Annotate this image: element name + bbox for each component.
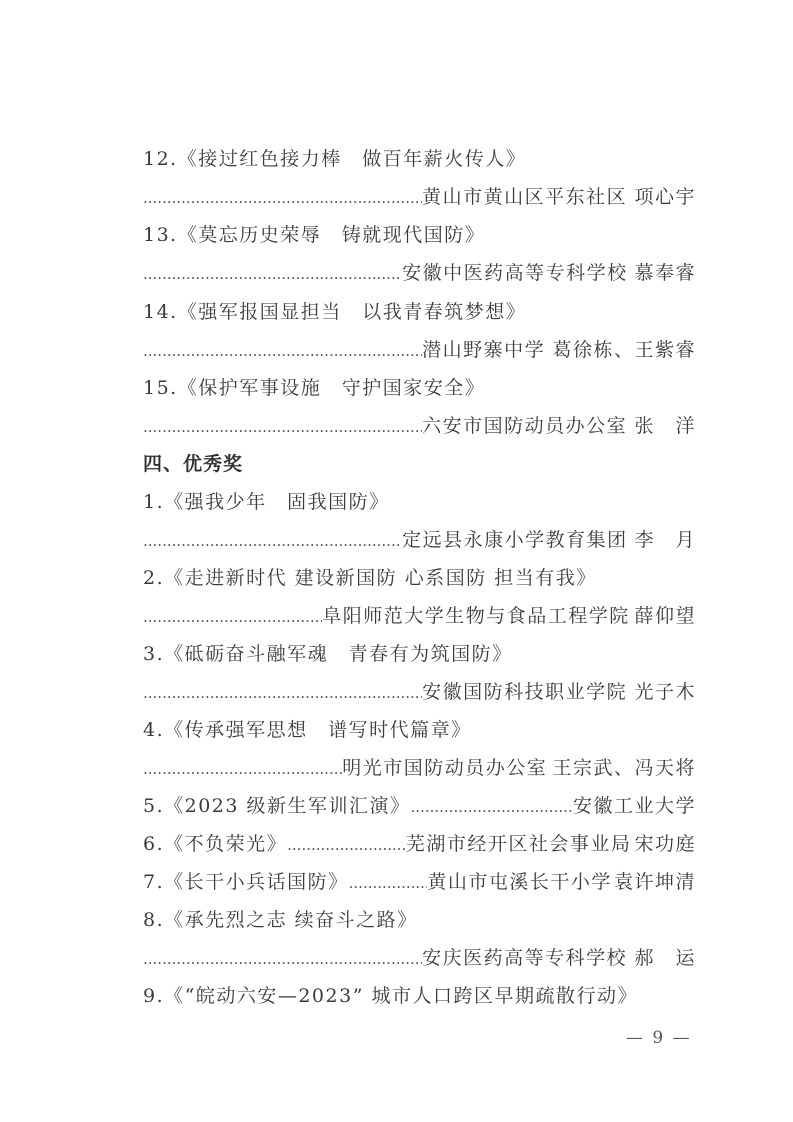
- entry-organization: 芜湖市经开区社会事业局: [406, 831, 632, 857]
- entry-organization: 安徽工业大学: [573, 793, 696, 819]
- entry-inline: 6.《不负荣光》 芜湖市经开区社会事业局 宋功庭: [143, 831, 696, 857]
- leader-dots: [143, 414, 422, 440]
- entry-title: 13.《莫忘历史荣辱 铸就现代国防》: [143, 222, 696, 248]
- entry-title: 8.《承先烈之志 续奋斗之路》: [143, 907, 696, 933]
- entry-title: 2.《走进新时代 建设新国防 心系国防 担当有我》: [143, 565, 696, 591]
- entry-organization: 潜山野寨中学: [422, 337, 545, 363]
- document-page: 12.《接过红色接力棒 做百年薪火传人》 黄山市黄山区平东社区 项心宇 13.《…: [0, 0, 793, 1122]
- leader-dots: [143, 528, 402, 554]
- entry-organization: 黄山市屯溪长干小学: [427, 869, 612, 895]
- entry-inline: 7.《长干小兵话国防》 黄山市屯溪长干小学 袁许坤清: [143, 869, 696, 895]
- entry-organization: 安徽国防科技职业学院: [422, 679, 627, 705]
- entry-title: 9.《“皖动六安—2023” 城市人口跨区早期疏散行动》: [143, 983, 696, 1009]
- entry-title: 6.《不负荣光》: [143, 831, 287, 857]
- entry-credit: 阜阳师范大学生物与食品工程学院 薛仰望: [143, 603, 696, 629]
- entry-organization: 定远县永康小学教育集团: [402, 527, 628, 553]
- entry-person: 李 月: [634, 527, 696, 553]
- entry-person: 项心宇: [634, 184, 696, 210]
- entry-title: 15.《保护军事设施 守护国家安全》: [143, 375, 696, 401]
- entry-inline: 5.《2023 级新生军训汇演》 安徽工业大学: [143, 793, 696, 819]
- entry-credit: 明光市国防动员办公室 王宗武、冯天将: [143, 755, 696, 781]
- entry-title: 14.《强军报国显担当 以我青春筑梦想》: [143, 299, 696, 325]
- entry-organization: 六安市国防动员办公室: [422, 413, 627, 439]
- leader-dots: [143, 756, 342, 782]
- leader-dots: [143, 680, 422, 706]
- leader-dots: [411, 794, 573, 820]
- entry-title: 12.《接过红色接力棒 做百年薪火传人》: [143, 146, 696, 172]
- entry-credit: 六安市国防动员办公室 张 洋: [143, 413, 696, 439]
- entry-credit: 定远县永康小学教育集团 李 月: [143, 527, 696, 553]
- entry-credit: 安庆医药高等专科学校 郝 运: [143, 945, 696, 971]
- page-number: — 9 —: [626, 1028, 692, 1048]
- leader-dots: [143, 604, 322, 630]
- entry-organization: 安庆医药高等专科学校: [422, 945, 627, 971]
- entry-organization: 明光市国防动员办公室: [342, 755, 547, 781]
- entry-person: 薛仰望: [634, 603, 696, 629]
- leader-dots: [143, 338, 422, 364]
- leader-dots: [143, 185, 422, 211]
- entry-credit: 安徽中医药高等专科学校 慕奉睿: [143, 260, 696, 286]
- entry-credit: 黄山市黄山区平东社区 项心宇: [143, 184, 696, 210]
- leader-dots: [143, 261, 402, 287]
- entry-person: 袁许坤清: [614, 869, 696, 895]
- entry-title: 4.《传承强军思想 谱写时代篇章》: [143, 717, 696, 743]
- leader-dots: [287, 832, 406, 858]
- entry-title: 3.《砥砺奋斗融军魂 青春有为筑国防》: [143, 641, 696, 667]
- entry-credit: 潜山野寨中学 葛徐栋、王紫睿: [143, 337, 696, 363]
- entry-title: 7.《长干小兵话国防》: [143, 869, 349, 895]
- section-heading: 四、优秀奖: [143, 451, 696, 477]
- entry-organization: 安徽中医药高等专科学校: [402, 260, 628, 286]
- entry-person: 慕奉睿: [634, 260, 696, 286]
- leader-dots: [143, 946, 422, 972]
- entry-person: 郝 运: [634, 945, 696, 971]
- entry-title: 5.《2023 级新生军训汇演》: [143, 793, 411, 819]
- leader-dots: [349, 870, 428, 896]
- entry-organization: 阜阳师范大学生物与食品工程学院: [322, 603, 630, 629]
- entry-person: 张 洋: [634, 413, 696, 439]
- entry-person: 葛徐栋、王紫睿: [552, 337, 696, 363]
- entry-person: 宋功庭: [634, 831, 696, 857]
- entry-organization: 黄山市黄山区平东社区: [422, 184, 627, 210]
- entry-person: 王宗武、冯天将: [552, 755, 696, 781]
- entry-person: 光子木: [634, 679, 696, 705]
- entry-title: 1.《强我少年 固我国防》: [143, 489, 696, 515]
- entry-credit: 安徽国防科技职业学院 光子木: [143, 679, 696, 705]
